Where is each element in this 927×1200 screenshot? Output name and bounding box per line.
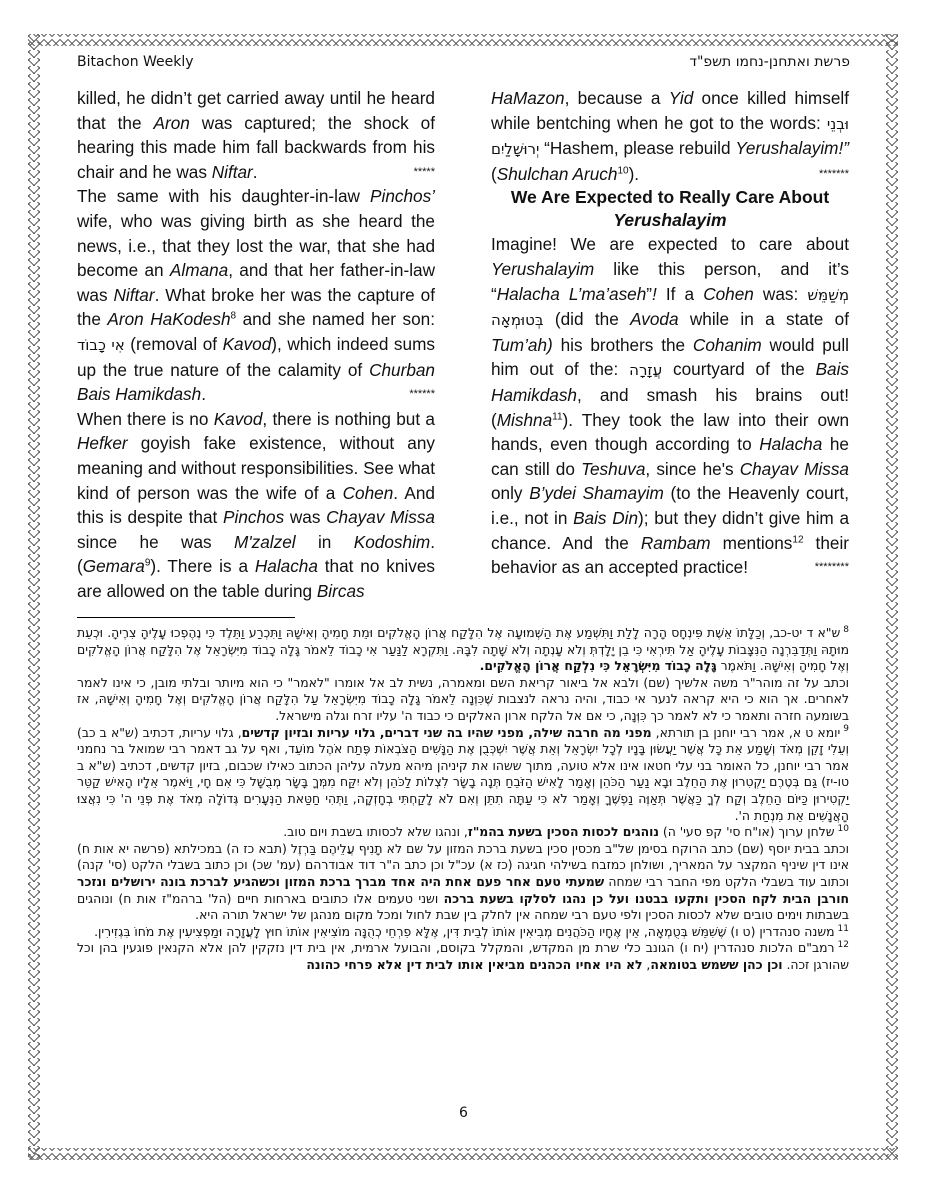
section-divider-stars: ****** bbox=[409, 382, 435, 407]
paragraph: Imagine! We are expected to care about Y… bbox=[491, 232, 849, 579]
footnote-ref-11[interactable]: 11 bbox=[552, 411, 562, 422]
page-header: Bitachon Weekly פרשת ואתחנן-נחמו תשפ"ד bbox=[77, 54, 850, 76]
paragraph: When there is no Kavod, there is nothing… bbox=[77, 407, 435, 604]
footnote-separator bbox=[77, 617, 295, 618]
parsha-title: פרשת ואתחנן-נחמו תשפ"ד bbox=[689, 54, 850, 70]
right-column: HaMazon, because a Yid once killed himse… bbox=[491, 86, 849, 580]
section-heading: We Are Expected to Really Care AboutYeru… bbox=[491, 186, 849, 232]
left-column: killed, he didn’t get carried away until… bbox=[77, 86, 435, 603]
footnote-8: 8ש"א ד יט-כב, וְכַלָּתוֹ אֵשֶׁת פִּינְחָ… bbox=[77, 625, 849, 725]
paragraph: HaMazon, because a Yid once killed himse… bbox=[491, 86, 849, 186]
footnote-ref-12[interactable]: 12 bbox=[792, 534, 803, 545]
section-divider-stars: ******* bbox=[819, 162, 849, 187]
publication-title: Bitachon Weekly bbox=[77, 54, 194, 70]
border-right bbox=[886, 34, 898, 1160]
border-bottom bbox=[28, 1148, 898, 1160]
section-divider-stars: ***** bbox=[414, 160, 435, 185]
paragraph: killed, he didn’t get carried away until… bbox=[77, 86, 435, 184]
footnote-ref-10[interactable]: 10 bbox=[617, 165, 628, 176]
page-number: 6 bbox=[0, 1105, 927, 1121]
border-left bbox=[28, 34, 40, 1160]
paragraph: The same with his daughter-in-law Pincho… bbox=[77, 184, 435, 406]
footnote-10: 10שלחן ערוך (או"ח סי' קפ סעי' ה) נוהגים … bbox=[77, 824, 849, 924]
border-top bbox=[28, 34, 898, 46]
footnotes-section: 8ש"א ד יט-כב, וְכַלָּתוֹ אֵשֶׁת פִּינְחָ… bbox=[77, 625, 849, 973]
section-divider-stars: ******** bbox=[815, 555, 849, 580]
footnote-12: 12רמב"ם הלכות סנהדרין (יח ו) הגונב כלי ש… bbox=[77, 940, 849, 973]
footnote-11: 11משנה סנהדרין (ט ו) שֶׁשִּׁמֵּשׁ בְּטֻמ… bbox=[77, 924, 849, 941]
footnote-9: 9יומא ט א, אמר רבי יוחנן בן תורתא, מפני … bbox=[77, 725, 849, 825]
